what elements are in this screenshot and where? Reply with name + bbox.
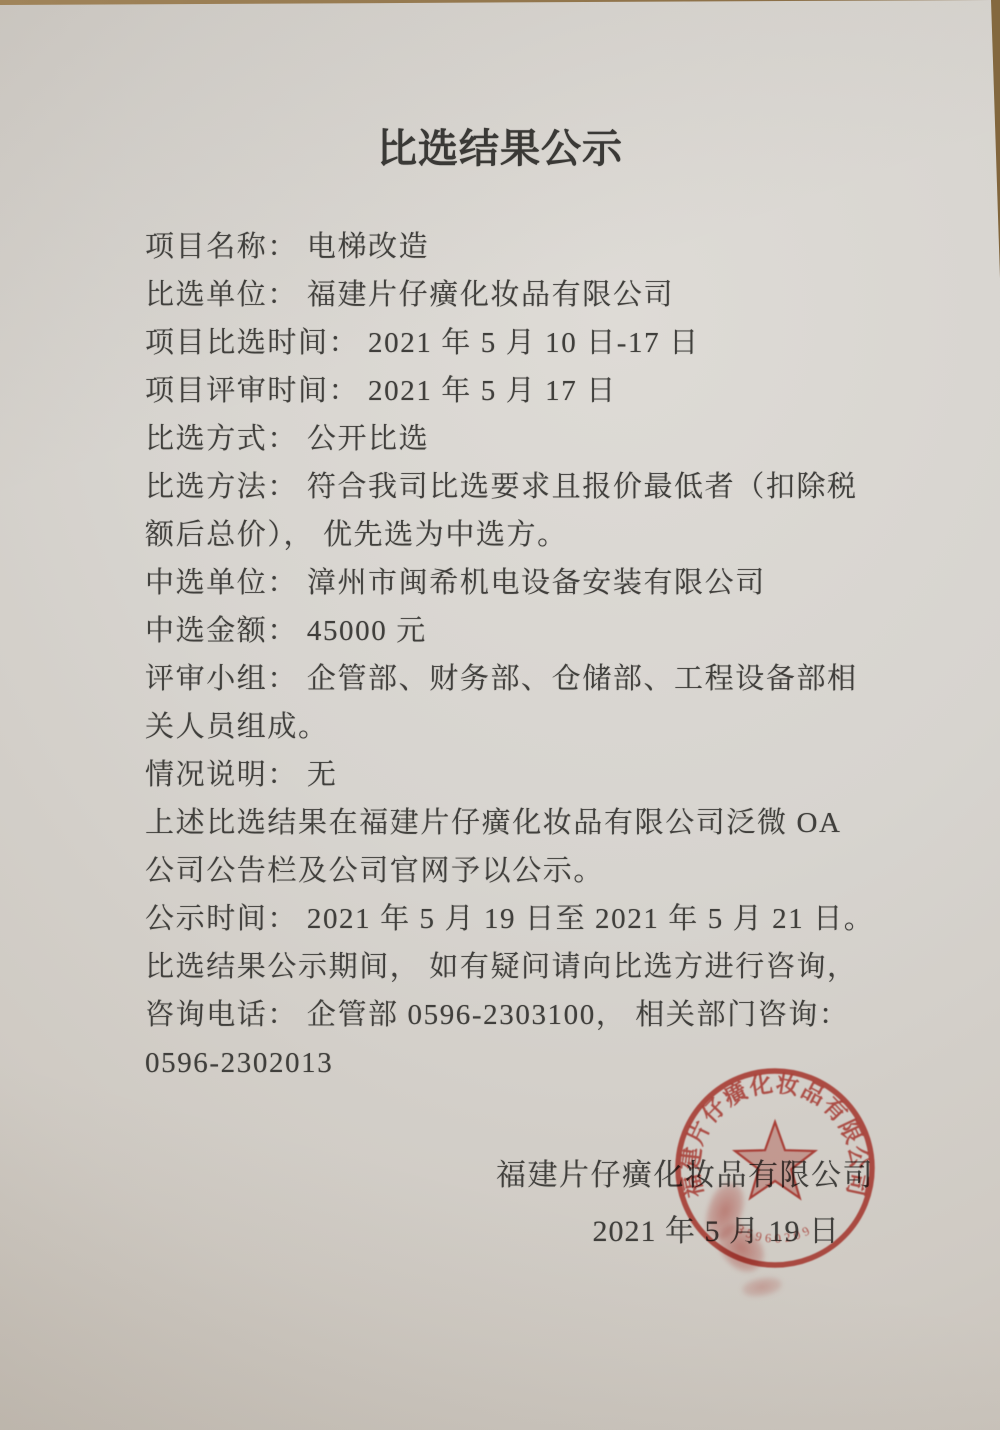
- body-line: 比选方法： 符合我司比选要求且报价最低者（扣除税: [145, 463, 890, 511]
- body-line: 上述比选结果在福建片仔癀化妆品有限公司泛微 OA: [145, 799, 890, 847]
- body-line: 中选金额： 45000 元: [145, 607, 890, 655]
- body-line: 中选单位： 漳州市闽希机电设备安装有限公司: [145, 559, 890, 607]
- body-line: 比选方式： 公开比选: [145, 415, 890, 463]
- body-line: 比选结果公示期间， 如有疑问请向比选方进行咨询，: [145, 943, 890, 991]
- body-line: 项目评审时间： 2021 年 5 月 17 日: [145, 367, 890, 415]
- body-line: 项目比选时间： 2021 年 5 月 10 日-17 日: [145, 319, 890, 367]
- body-line: 关人员组成。: [145, 703, 890, 751]
- body-line: 情况说明： 无: [145, 751, 890, 799]
- body-line: 评审小组： 企管部、财务部、仓储部、工程设备部相: [145, 655, 890, 703]
- company-seal-icon: 福建片仔癀化妆品有限公司 35960209: [655, 1048, 895, 1288]
- body-line: 咨询电话： 企管部 0596-2303100， 相关部门咨询：: [145, 991, 890, 1039]
- body-line: 额后总价）， 优先选为中选方。: [145, 511, 890, 559]
- document-page: 比选结果公示 项目名称： 电梯改造比选单位： 福建片仔癀化妆品有限公司项目比选时…: [0, 0, 1000, 1430]
- document-body: 项目名称： 电梯改造比选单位： 福建片仔癀化妆品有限公司项目比选时间： 2021…: [145, 223, 890, 1087]
- body-line: 比选单位： 福建片仔癀化妆品有限公司: [145, 271, 890, 319]
- seal-star-icon: [735, 1122, 815, 1198]
- document-title: 比选结果公示: [0, 117, 1000, 174]
- body-line: 公司公告栏及公司官网予以公示。: [145, 847, 890, 895]
- body-line: 公示时间： 2021 年 5 月 19 日至 2021 年 5 月 21 日。: [145, 895, 890, 943]
- body-line: 项目名称： 电梯改造: [145, 223, 890, 271]
